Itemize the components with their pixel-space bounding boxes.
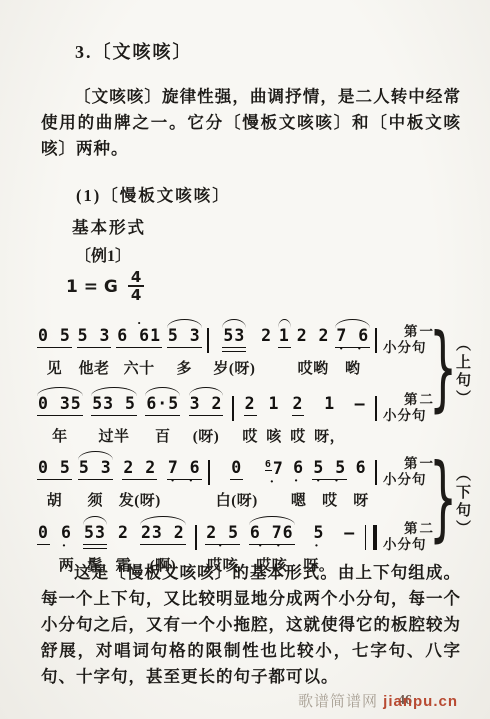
note-numbers: 1 — [268, 394, 281, 415]
watermark-site-url: jianpu.cn — [383, 693, 458, 710]
note-numbers: 6·5 — [145, 394, 180, 416]
note-cell: 0 35 年 — [37, 384, 83, 446]
watermark-site-name: 歌谱简谱网 — [298, 693, 378, 710]
lyric-text: 咳 — [266, 425, 282, 446]
slur-arc — [37, 387, 83, 396]
octave-dots-below: · — [294, 478, 304, 488]
note-numbers: 2 2 — [122, 458, 157, 480]
lyric-text: 百 — [155, 425, 171, 446]
octave-dots-below — [270, 414, 279, 424]
lyric-text: (呀) — [193, 425, 220, 446]
lyric-text: 哎哟 — [298, 357, 329, 378]
group-label: （下句） — [452, 466, 473, 538]
note-wrapper: 23 2 — [140, 524, 186, 543]
note-wrapper: 6 — [292, 459, 305, 478]
note-numbers: 0 — [37, 523, 50, 545]
note-numbers: 3 2 — [189, 394, 224, 416]
watermark: 歌谱简谱网 jianpu.cn — [298, 690, 458, 711]
note-cell: 5 3 多 — [167, 316, 202, 378]
lyric-text: 哎 — [322, 489, 338, 510]
note-numbers: 6 — [292, 458, 305, 479]
score-system: 0 35 年53 5 过半6·5 百3 2 (呀)2 哎1 咳2 哎1 呀，— — [37, 384, 377, 446]
lyric-text: 白(呀) — [216, 489, 258, 510]
note-wrapper: ·6 61 — [116, 327, 162, 346]
note-wrapper: 3 2 — [189, 395, 224, 414]
note-numbers: 6 76 — [249, 523, 295, 545]
note-numbers: 6 — [60, 523, 73, 544]
note-wrapper: 6 — [355, 459, 368, 478]
octave-dots-below — [325, 414, 334, 424]
note-numbers: 2 — [244, 394, 257, 416]
note-numbers: 1 — [323, 394, 336, 415]
note-wrapper: 2 — [292, 395, 305, 414]
note-wrapper: 0 5 — [37, 327, 72, 346]
note-numbers: 2 — [117, 523, 130, 544]
note-wrapper: 6 76 — [249, 524, 295, 543]
note-cell: 2 2 发(呀) — [119, 448, 161, 510]
note-wrapper: 5 — [312, 524, 325, 543]
slur-arc — [249, 516, 295, 525]
note-wrapper: 2 — [117, 524, 130, 543]
note-wrapper: 2 — [260, 327, 273, 346]
note-numbers: 7 6 — [167, 458, 202, 480]
note-wrapper: 2 5 — [205, 524, 240, 543]
lyric-text: 过半 — [99, 425, 130, 446]
note-numbers: 2 5 — [205, 523, 240, 545]
basic-form-label: 基本形式 — [72, 214, 146, 238]
slur-arc — [335, 319, 370, 328]
note-numbers: 0 — [230, 458, 243, 480]
note-numbers: 6 — [355, 458, 368, 479]
note-wrapper: 0 — [230, 459, 243, 478]
note-numbers: 23 2 — [140, 523, 186, 545]
time-signature: 4 4 — [128, 270, 144, 303]
note-wrapper: 7 6 — [335, 327, 370, 346]
barline — [375, 328, 377, 353]
note-numbers: 5 3 — [167, 326, 202, 348]
note-wrapper: 7 6 — [167, 459, 202, 478]
note-numbers: — — [343, 523, 356, 544]
lyric-text: 多 — [177, 357, 193, 378]
octave-dots-below — [119, 543, 128, 553]
note-cell: 7 6· · — [167, 448, 202, 489]
lyric-text: 哎 — [290, 425, 306, 446]
barline — [208, 460, 210, 485]
grace-note: 6 — [265, 459, 272, 471]
note-wrapper: 53 — [83, 524, 107, 543]
lyric-text: 呀， — [314, 425, 345, 446]
note-cell: 0 — [37, 513, 50, 554]
barline — [232, 396, 234, 421]
note-cell: 67· — [264, 448, 285, 490]
note-cell: 3 2 (呀) — [189, 384, 224, 446]
subsection-heading: (1)〔慢板文咳咳〕 — [76, 182, 231, 206]
note-cell: 2 哎 — [290, 384, 306, 446]
note-wrapper: 53 — [222, 327, 246, 346]
slur-arc — [167, 319, 202, 328]
slur-arc — [140, 516, 186, 525]
note-numbers: 7 6 — [335, 326, 370, 348]
note-cell: 6·5 百 — [145, 384, 180, 446]
lyric-text: 胡 — [47, 489, 63, 510]
lyric-text: 哟 — [345, 357, 361, 378]
barline — [365, 525, 377, 550]
explanation-paragraph: 这是〔慢板文咳咳〕的基本形式。由上下句组成。每一个上下句，又比较明显地分成两个小… — [41, 560, 461, 690]
octave-dots-below: · — [62, 543, 72, 553]
score-system: 0 5 胡5 3 须2 2 发(呀)7 6· ·0 白(呀)67·6·嗯5 5·… — [37, 448, 377, 510]
octave-dots-below — [345, 543, 354, 553]
note-wrapper: 1 — [323, 395, 336, 414]
note-cell: 5 3 须 — [78, 448, 113, 510]
note-cell: 5 5· ·哎 — [312, 448, 347, 510]
key-prefix: 1 = G — [66, 277, 118, 297]
note-wrapper: 2 2 — [122, 459, 157, 478]
note-cell: 0 5 见 — [37, 316, 72, 378]
note-cell: ·6 61 六十 — [116, 316, 162, 378]
slur-arc — [278, 319, 291, 328]
note-cell: — — [354, 384, 367, 425]
note-wrapper: 1 — [278, 327, 291, 346]
note-wrapper: 67 — [264, 459, 285, 479]
note-numbers: 5 — [312, 523, 325, 544]
lyric-text: 嗯 — [291, 489, 307, 510]
note-cell: 2 — [260, 316, 273, 357]
lyric-text: 六十 — [124, 357, 155, 378]
note-cell: 1 呀， — [314, 384, 345, 446]
note-numbers: 5 3 — [77, 326, 112, 348]
note-wrapper: 5 3 — [77, 327, 112, 346]
note-cell: 2 哎 — [242, 384, 258, 446]
note-wrapper: 5 5 — [312, 459, 347, 478]
octave-dots-below — [357, 478, 366, 488]
note-numbers: — — [354, 394, 367, 415]
lyric-text: 见 — [47, 357, 63, 378]
note-wrapper: 6 — [60, 524, 73, 543]
note-numbers: 53 — [222, 326, 246, 348]
octave-dots-below: · — [314, 543, 324, 553]
intro-paragraph: 〔文咳咳〕旋律性强，曲调抒情，是二人转中经常使用的曲牌之一。它分〔慢板文咳咳〕和… — [41, 84, 461, 162]
note-numbers: 2 2 — [296, 326, 331, 347]
octave-dots-below: · — [269, 479, 279, 489]
note-wrapper: 6·5 — [145, 395, 180, 414]
lyric-text: 岁(呀) — [213, 357, 255, 378]
note-numbers: 2 — [292, 394, 305, 416]
lyric-text: 他老 — [79, 357, 110, 378]
note-wrapper: 2 2 — [296, 327, 331, 346]
note-cell: 7 6· ·哟 — [335, 316, 370, 378]
section-heading: 3.〔文咳咳〕 — [75, 38, 193, 64]
note-wrapper: — — [354, 395, 367, 414]
slur-arc — [189, 387, 224, 396]
note-wrapper: 1 — [268, 395, 281, 414]
barline — [207, 328, 209, 353]
note-numbers: 5 3 — [78, 458, 113, 480]
note-wrapper: 0 — [37, 524, 50, 543]
octave-dot-above: · — [116, 319, 162, 327]
note-cell: 53 岁(呀) — [213, 316, 255, 378]
note-cell: 2 2 哎哟 — [296, 316, 331, 378]
note-wrapper: — — [343, 524, 356, 543]
note-numbers: 0 5 — [37, 458, 72, 480]
time-signature-top: 4 — [128, 270, 144, 285]
note-numbers: 0 35 — [37, 394, 83, 416]
note-wrapper: 5 3 — [167, 327, 202, 346]
score-system: 0 5 见5 3 他老·6 61 六十5 3 多53 岁(呀)2 1 2 2 哎… — [37, 316, 377, 378]
note-numbers: 0 5 — [37, 326, 72, 348]
note-numbers: 1 — [278, 326, 291, 348]
octave-dots-below — [309, 346, 318, 356]
barline — [375, 460, 377, 485]
note-cell: 5 3 他老 — [77, 316, 112, 378]
note-wrapper: 0 5 — [37, 459, 72, 478]
note-numbers: 5 5 — [312, 458, 347, 480]
note-cell: — — [343, 513, 356, 554]
octave-dots-below — [262, 346, 271, 356]
group-label: （上句） — [452, 336, 473, 408]
barline — [375, 396, 377, 421]
barline — [195, 525, 197, 550]
note-wrapper: 0 35 — [37, 395, 83, 414]
note-numbers: 53 5 — [91, 394, 137, 416]
note-cell: 0 5 胡 — [37, 448, 72, 510]
lyric-text: 呀 — [353, 489, 369, 510]
slur-arc — [91, 387, 137, 396]
note-numbers: 53 — [83, 523, 107, 545]
slur-arc — [145, 387, 180, 396]
note-cell: 0 白(呀) — [216, 448, 258, 510]
example-label: 〔例1〕 — [75, 243, 131, 266]
lyric-text: 发(呀) — [119, 489, 161, 510]
lyric-text: 哎 — [242, 425, 258, 446]
note-numbers: 2 — [260, 326, 273, 347]
lyric-text: 须 — [88, 489, 104, 510]
note-wrapper: 5 3 — [78, 459, 113, 478]
octave-dots-below — [356, 414, 365, 424]
note-cell: 6·嗯 — [291, 448, 307, 510]
note-cell: 1 — [278, 316, 291, 357]
note-numbers: 67 — [264, 459, 285, 480]
note-wrapper: 53 5 — [91, 395, 137, 414]
lyric-text: 年 — [52, 425, 68, 446]
key-signature: 1 = G 4 4 — [66, 270, 144, 303]
note-cell: 1 咳 — [266, 384, 282, 446]
slur-arc — [78, 451, 113, 460]
note-cell: 6 呀 — [353, 448, 369, 510]
note-cell: 53 5 过半 — [91, 384, 137, 446]
note-wrapper: 2 — [244, 395, 257, 414]
time-signature-bottom: 4 — [128, 285, 144, 303]
